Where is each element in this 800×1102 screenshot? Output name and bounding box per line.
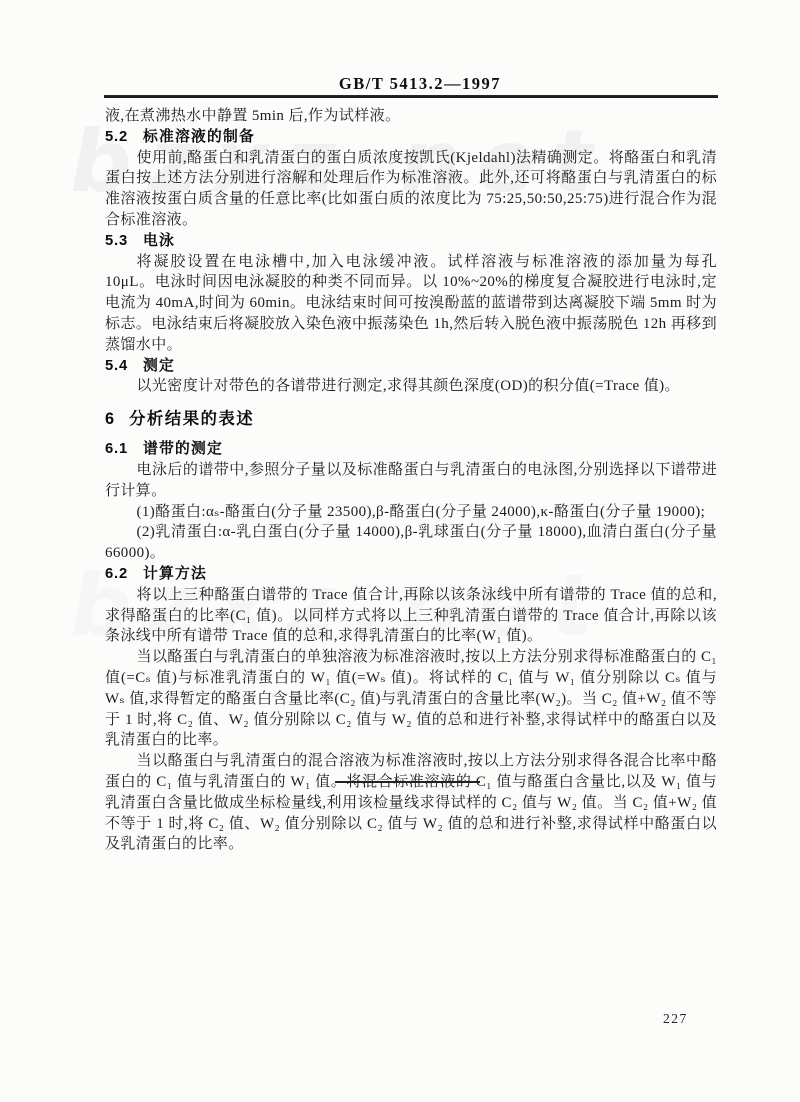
paragraph-calc-trace: 将以上三种酪蛋白谱带的 Trace 值合计,再除以该条泳线中所有谱带的 Trac… <box>105 585 717 647</box>
section-heading-5-2: 5.2标准溶液的制备 <box>105 127 717 148</box>
list-item-casein: (1)酪蛋白:αₛ-酪蛋白(分子量 23500),β-酪蛋白(分子量 24000… <box>105 502 717 523</box>
section-heading-5-4: 5.4测定 <box>105 356 717 377</box>
list-item-whey-protein: (2)乳清蛋白:α-乳白蛋白(分子量 14000),β-乳球蛋白(分子量 180… <box>105 522 717 564</box>
section-heading-5-3: 5.3电泳 <box>105 231 717 252</box>
header-rule <box>104 95 718 98</box>
section-number: 6.2 <box>105 566 128 582</box>
document-page: bzxz.net bzxz.net GB/T 5413.2—1997 液,在煮沸… <box>0 0 800 1102</box>
paragraph-continuation: 液,在煮沸热水中静置 5min 后,作为试样液。 <box>105 106 717 127</box>
chapter-heading-6: 6分析结果的表述 <box>105 406 717 432</box>
section-number: 5.3 <box>105 233 128 249</box>
section-title: 计算方法 <box>143 566 207 582</box>
paragraph-standard-solution: 使用前,酪蛋白和乳清蛋白的蛋白质浓度按凯氏(Kjeldahl)法精确测定。将酪蛋… <box>105 148 717 231</box>
section-number: 6.1 <box>105 441 128 457</box>
section-title: 谱带的测定 <box>143 441 223 457</box>
document-content: 液,在煮沸热水中静置 5min 后,作为试样液。 5.2标准溶液的制备 使用前,… <box>105 106 717 855</box>
doc-number: GB/T 5413.2—1997 <box>20 74 800 94</box>
section-title: 标准溶液的制备 <box>143 129 255 145</box>
paragraph-measurement: 以光密度计对带色的各谱带进行测定,求得其颜色深度(OD)的积分值(=Trace … <box>105 376 717 397</box>
section-title: 测定 <box>143 358 175 374</box>
paragraph-electrophoresis: 将凝胶设置在电泳槽中,加入电泳缓冲液。试样溶液与标准溶液的添加量为每孔 10μL… <box>105 252 717 356</box>
section-heading-6-2: 6.2计算方法 <box>105 564 717 585</box>
section-heading-6-1: 6.1谱带的测定 <box>105 439 717 460</box>
paragraph-band-selection: 电泳后的谱带中,参照分子量以及标准酪蛋白与乳清蛋白的电泳图,分别选择以下谱带进行… <box>105 460 717 502</box>
paragraph-calc-mixed-standard: 当以酪蛋白与乳清蛋白的混合溶液为标准溶液时,按以上方法分别求得各混合比率中酪蛋白… <box>105 751 717 855</box>
section-number: 5.2 <box>105 129 128 145</box>
end-divider <box>335 781 480 783</box>
paragraph-calc-single-standard: 当以酪蛋白与乳清蛋白的单独溶液为标准溶液时,按以上方法分别求得标准酪蛋白的 C₁… <box>105 647 717 751</box>
chapter-number: 6 <box>105 410 115 428</box>
section-number: 5.4 <box>105 358 128 374</box>
page-number: 227 <box>663 1011 688 1027</box>
chapter-title: 分析结果的表述 <box>129 410 254 428</box>
section-title: 电泳 <box>143 233 175 249</box>
